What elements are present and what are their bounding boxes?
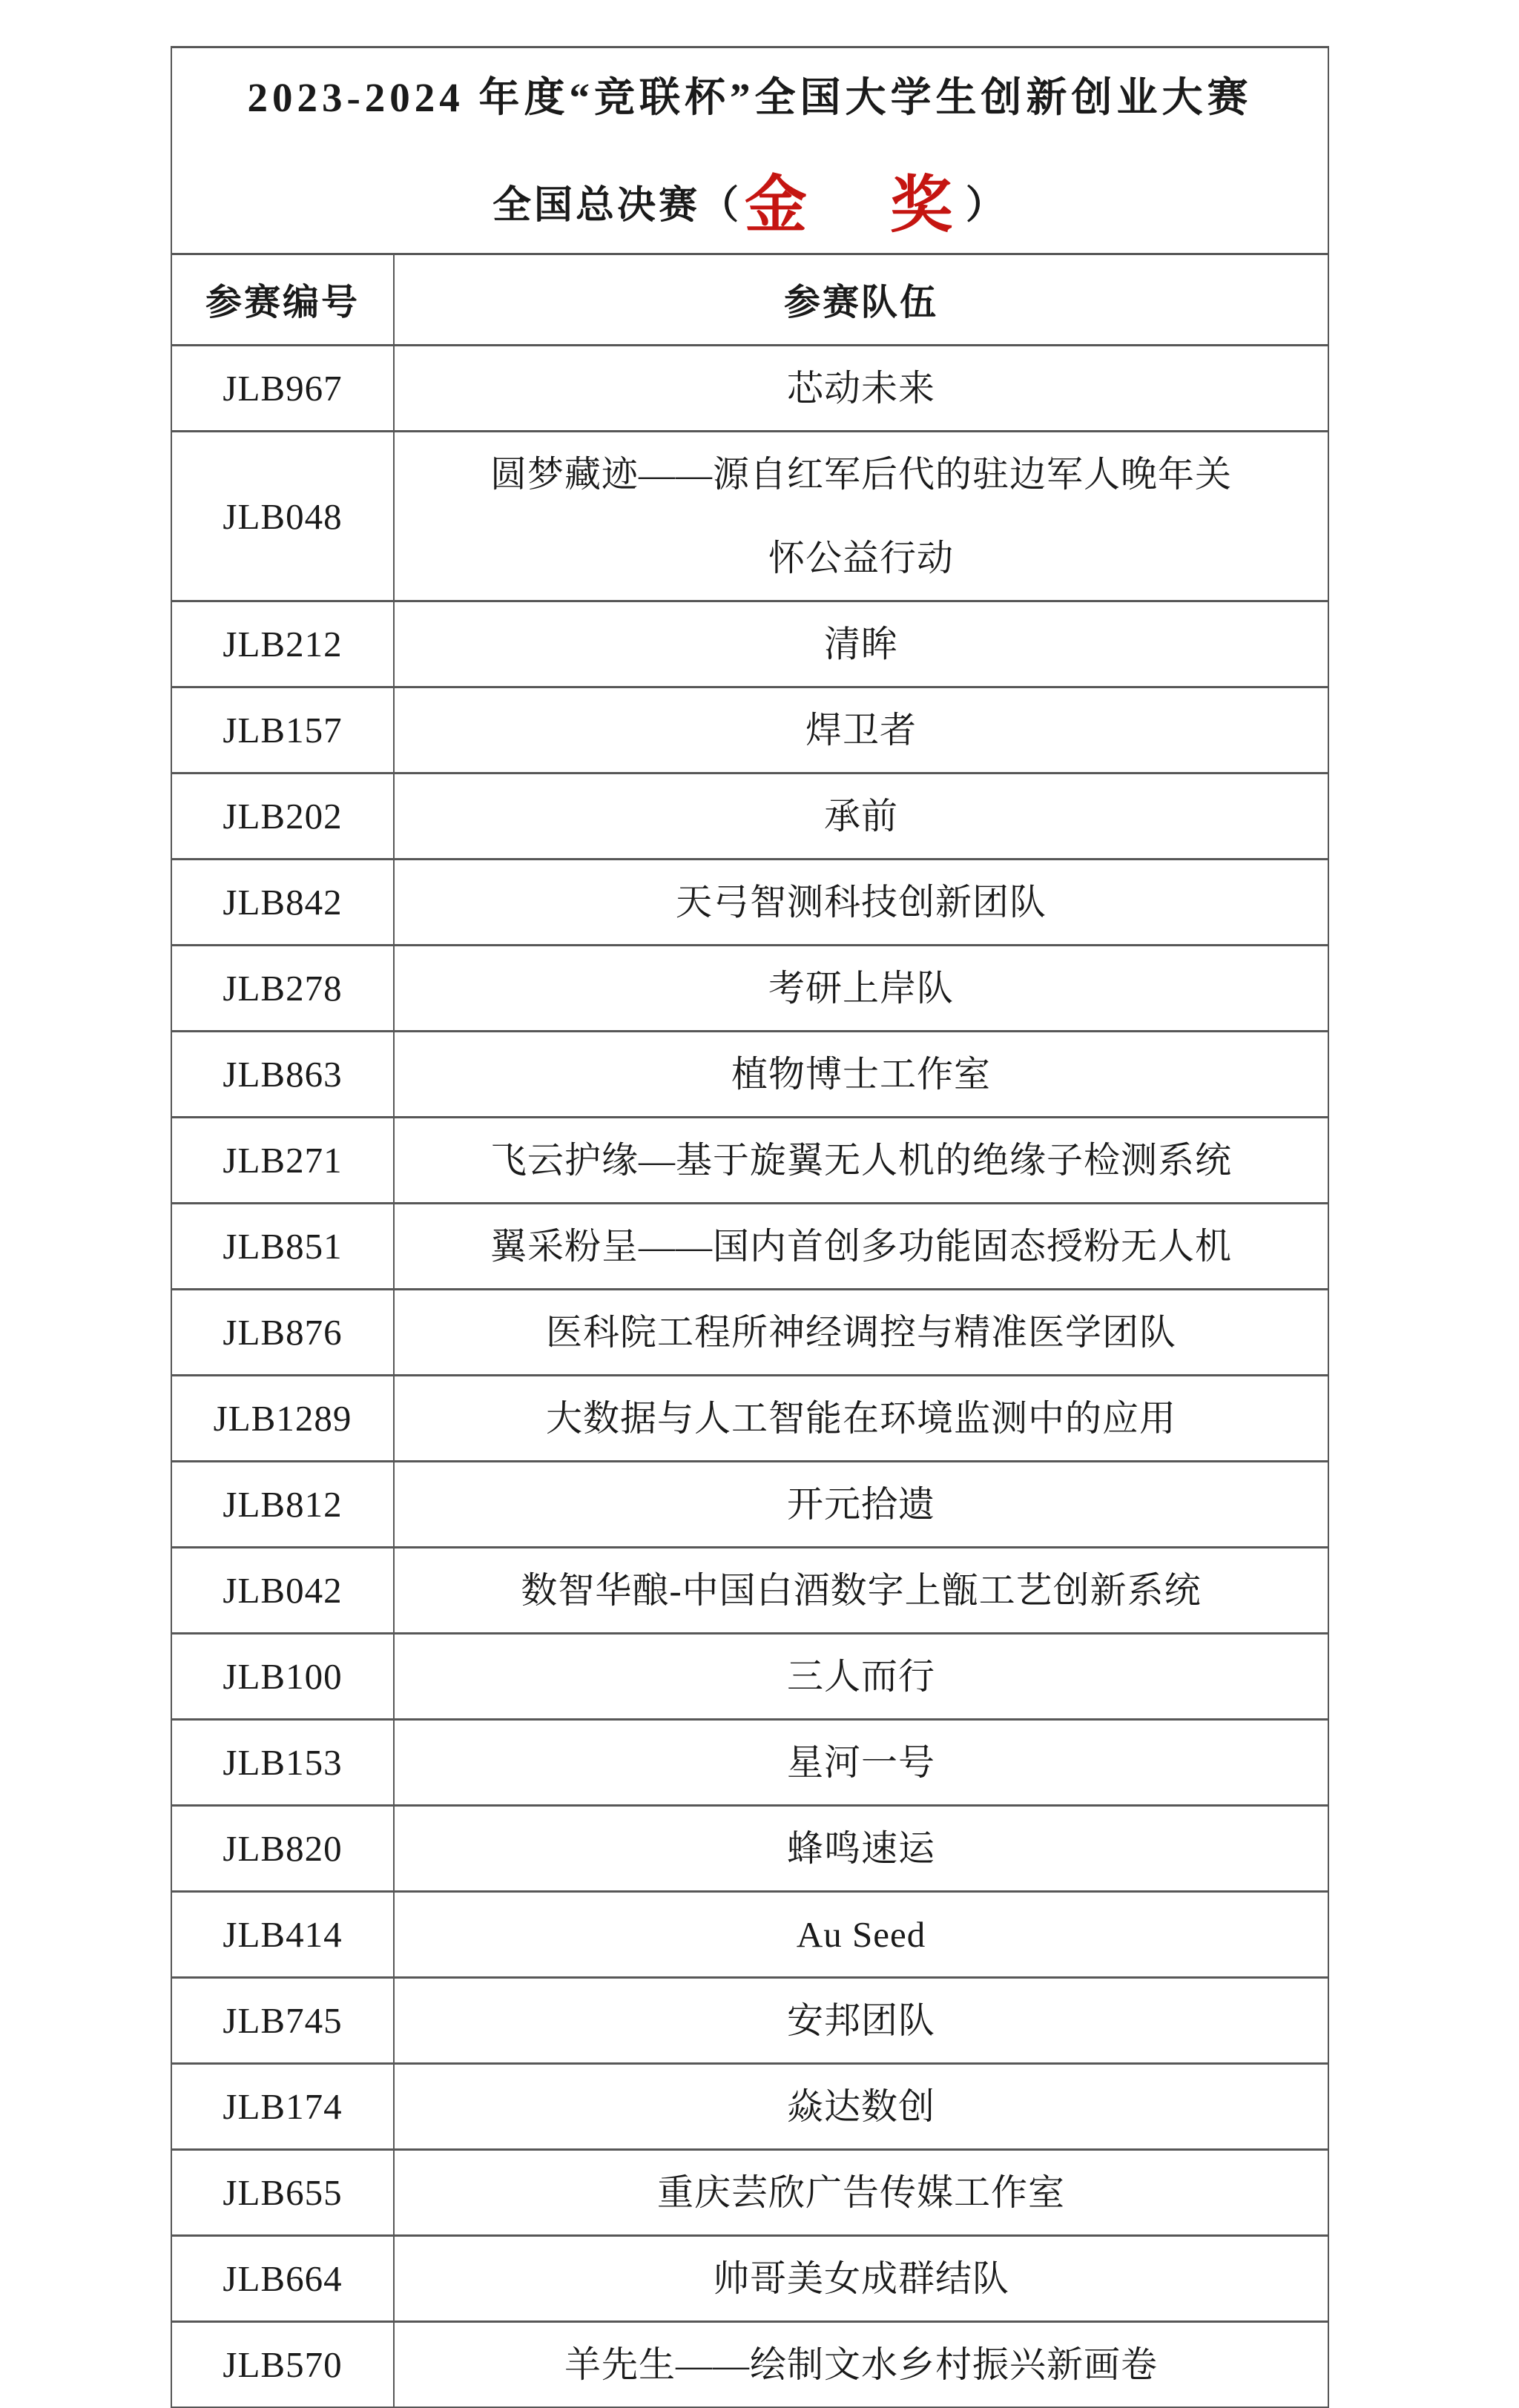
team-name: 芯动未来 xyxy=(394,346,1328,432)
entry-id: JLB212 xyxy=(171,601,394,687)
team-name: 星河一号 xyxy=(394,1720,1328,1806)
team-name: 承前 xyxy=(394,773,1328,860)
table-row: JLB745安邦团队 xyxy=(171,1978,1328,2064)
entry-id: JLB851 xyxy=(171,1204,394,1290)
table-row: JLB967芯动未来 xyxy=(171,346,1328,432)
table-row: JLB048圆梦藏迹——源自红军后代的驻边军人晚年关 怀公益行动 xyxy=(171,432,1328,601)
table-row: JLB664帅哥美女成群结队 xyxy=(171,2236,1328,2322)
document-title-line1: 2023-2024 年度“竞联杯”全国大学生创新创业大赛 xyxy=(247,65,1252,123)
team-name: 数智华酿-中国白酒数字上甑工艺创新系统 xyxy=(394,1548,1328,1634)
entry-id: JLB820 xyxy=(171,1806,394,1892)
table-head: 2023-2024 年度“竞联杯”全国大学生创新创业大赛 全国总决赛（ 金 奖 … xyxy=(171,47,1328,346)
team-name: 植物博士工作室 xyxy=(394,1032,1328,1118)
entry-id: JLB745 xyxy=(171,1978,394,2064)
table-row: JLB851翼采粉呈——国内首创多功能固态授粉无人机 xyxy=(171,1204,1328,1290)
table-row: JLB812开元拾遗 xyxy=(171,1462,1328,1548)
table-row: JLB174焱达数创 xyxy=(171,2064,1328,2150)
table-row: JLB271飞云护缘—基于旋翼无人机的绝缘子检测系统 xyxy=(171,1118,1328,1204)
entry-id: JLB414 xyxy=(171,1892,394,1978)
entry-id: JLB153 xyxy=(171,1720,394,1806)
team-name: 考研上岸队 xyxy=(394,946,1328,1032)
team-name: 蜂鸣速运 xyxy=(394,1806,1328,1892)
table-row: JLB570羊先生——绘制文水乡村振兴新画卷 xyxy=(171,2322,1328,2408)
table-body: JLB967芯动未来JLB048圆梦藏迹——源自红军后代的驻边军人晚年关 怀公益… xyxy=(171,346,1328,2408)
table-row: JLB157焊卫者 xyxy=(171,687,1328,773)
column-header-team: 参赛队伍 xyxy=(394,254,1328,346)
title-line2-prefix: 全国总决赛（ xyxy=(492,187,742,225)
entry-id: JLB812 xyxy=(171,1462,394,1548)
entry-id: JLB664 xyxy=(171,2236,394,2322)
title-cell: 2023-2024 年度“竞联杯”全国大学生创新创业大赛 全国总决赛（ 金 奖 … xyxy=(171,47,1328,254)
entry-id: JLB1289 xyxy=(171,1376,394,1462)
team-name: 重庆芸欣广告传媒工作室 xyxy=(394,2150,1328,2236)
entry-id: JLB048 xyxy=(171,432,394,601)
table-row: JLB842天弓智测科技创新团队 xyxy=(171,860,1328,946)
table-row: JLB820蜂鸣速运 xyxy=(171,1806,1328,1892)
table-row: JLB202承前 xyxy=(171,773,1328,860)
team-name: 圆梦藏迹——源自红军后代的驻边军人晚年关 怀公益行动 xyxy=(394,432,1328,601)
team-name: 开元拾遗 xyxy=(394,1462,1328,1548)
entry-id: JLB271 xyxy=(171,1118,394,1204)
team-name: Au Seed xyxy=(394,1892,1328,1978)
entry-id: JLB655 xyxy=(171,2150,394,2236)
team-name: 医科院工程所神经调控与精准医学团队 xyxy=(394,1290,1328,1376)
award-name: 金 奖 xyxy=(745,175,963,237)
table-row: JLB278考研上岸队 xyxy=(171,946,1328,1032)
document-title-line2: 全国总决赛（ 金 奖 ） xyxy=(492,175,1007,237)
table-row: JLB212清眸 xyxy=(171,601,1328,687)
column-header-entry-id: 参赛编号 xyxy=(171,254,394,346)
team-name: 清眸 xyxy=(394,601,1328,687)
entry-id: JLB157 xyxy=(171,687,394,773)
entry-id: JLB202 xyxy=(171,773,394,860)
team-name: 羊先生——绘制文水乡村振兴新画卷 xyxy=(394,2322,1328,2408)
entry-id: JLB174 xyxy=(171,2064,394,2150)
entry-id: JLB570 xyxy=(171,2322,394,2408)
title-line2-suffix: ） xyxy=(966,187,1007,225)
team-name: 帅哥美女成群结队 xyxy=(394,2236,1328,2322)
table-row: JLB414Au Seed xyxy=(171,1892,1328,1978)
entry-id: JLB842 xyxy=(171,860,394,946)
team-name: 安邦团队 xyxy=(394,1978,1328,2064)
title-row: 2023-2024 年度“竞联杯”全国大学生创新创业大赛 全国总决赛（ 金 奖 … xyxy=(171,47,1328,254)
header-row: 参赛编号 参赛队伍 xyxy=(171,254,1328,346)
table-row: JLB042数智华酿-中国白酒数字上甑工艺创新系统 xyxy=(171,1548,1328,1634)
award-results-table: 2023-2024 年度“竞联杯”全国大学生创新创业大赛 全国总决赛（ 金 奖 … xyxy=(171,46,1329,2408)
title-block: 2023-2024 年度“竞联杯”全国大学生创新创业大赛 全国总决赛（ 金 奖 … xyxy=(172,48,1328,253)
table-row: JLB655重庆芸欣广告传媒工作室 xyxy=(171,2150,1328,2236)
team-name: 翼采粉呈——国内首创多功能固态授粉无人机 xyxy=(394,1204,1328,1290)
team-name: 焱达数创 xyxy=(394,2064,1328,2150)
table-row: JLB863植物博士工作室 xyxy=(171,1032,1328,1118)
entry-id: JLB863 xyxy=(171,1032,394,1118)
entry-id: JLB100 xyxy=(171,1634,394,1720)
table-row: JLB1289大数据与人工智能在环境监测中的应用 xyxy=(171,1376,1328,1462)
team-name: 飞云护缘—基于旋翼无人机的绝缘子检测系统 xyxy=(394,1118,1328,1204)
entry-id: JLB278 xyxy=(171,946,394,1032)
entry-id: JLB967 xyxy=(171,346,394,432)
document-page: 2023-2024 年度“竞联杯”全国大学生创新创业大赛 全国总决赛（ 金 奖 … xyxy=(0,0,1519,2408)
table-row: JLB153星河一号 xyxy=(171,1720,1328,1806)
team-name: 三人而行 xyxy=(394,1634,1328,1720)
table-row: JLB100三人而行 xyxy=(171,1634,1328,1720)
team-name: 大数据与人工智能在环境监测中的应用 xyxy=(394,1376,1328,1462)
table-row: JLB876医科院工程所神经调控与精准医学团队 xyxy=(171,1290,1328,1376)
team-name: 天弓智测科技创新团队 xyxy=(394,860,1328,946)
entry-id: JLB876 xyxy=(171,1290,394,1376)
team-name: 焊卫者 xyxy=(394,687,1328,773)
entry-id: JLB042 xyxy=(171,1548,394,1634)
